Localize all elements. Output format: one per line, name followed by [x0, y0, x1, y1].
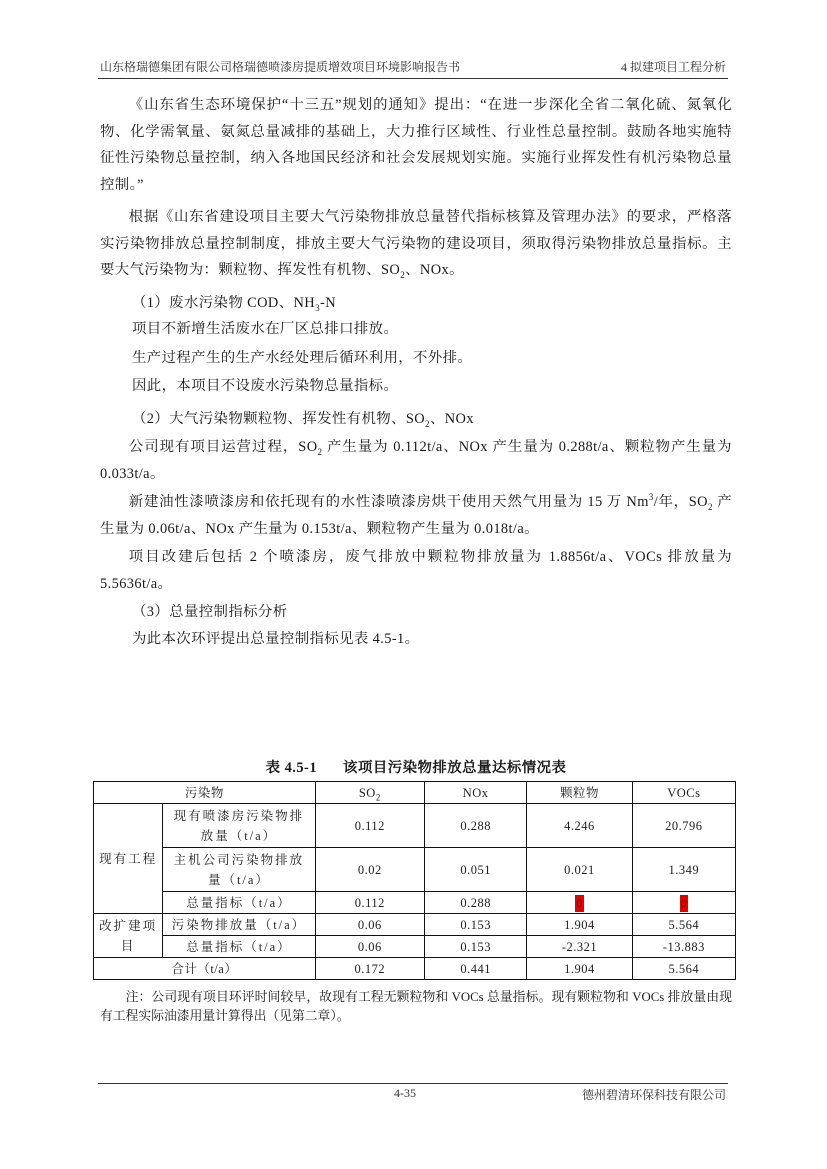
body-text: 《山东省生态环境保护“十三五”规划的通知》提出：“在进一步深化全省二氧化硫、氮氧… [100, 92, 732, 652]
cell-voc: 1.349 [632, 848, 735, 892]
line-table-reference: 为此本次环评提出总量控制指标见表 4.5-1。 [100, 626, 732, 653]
table-row: 现有工程 现有喷漆房污染物排放量（t/a） 0.112 0.288 4.246 … [94, 804, 736, 848]
table-caption: 表 4.5-1该项目污染物排放总量达标情况表 [100, 756, 732, 777]
row-label: 总量指标（t/a） [163, 892, 315, 914]
table-header-row: 污染物 SO2 NOx 颗粒物 VOCs [94, 782, 736, 804]
header-voc: VOCs [632, 782, 735, 804]
cell-pm: 0 [527, 892, 632, 914]
total-nox: 0.441 [425, 958, 527, 980]
total-voc: 5.564 [632, 958, 735, 980]
cell-so2: 0.112 [315, 892, 424, 914]
section-heading-wastewater: （1）废水污染物 COD、NH3-N [100, 290, 732, 317]
cell-nox: 0.288 [425, 804, 527, 848]
page-footer: 4-35 德州碧清环保科技有限公司 [98, 1086, 728, 1104]
header-pollutant: 污染物 [94, 782, 316, 804]
cell-voc: 0 [632, 892, 735, 914]
table-row: 主机公司污染物排放量（t/a） 0.02 0.051 0.021 1.349 [94, 848, 736, 892]
group-expansion: 改扩建项目 [94, 914, 163, 958]
header-so2: SO2 [315, 782, 424, 804]
row-label: 现有喷漆房污染物排放量（t/a） [163, 804, 315, 848]
paragraph-existing-emissions: 公司现有项目运营过程，SO2 产生量为 0.112t/a、NOx 产生量为 0.… [100, 434, 732, 487]
footer-company: 德州碧清环保科技有限公司 [582, 1086, 726, 1103]
table-note-text: 注：公司现有项目环评时间较早，故现有工程无颗粒物和 VOCs 总量指标。现有颗粒… [100, 988, 732, 1026]
paragraph-new-emissions: 新建油性漆喷漆房和依托现有的水性漆喷漆房烘干使用天然气用量为 15 万 Nm3/… [100, 489, 732, 542]
line-wastewater-3: 因此，本项目不设废水污染物总量指标。 [100, 373, 732, 400]
cell-nox: 0.051 [425, 848, 527, 892]
cell-nox: 0.288 [425, 892, 527, 914]
paragraph-policy: 《山东省生态环境保护“十三五”规划的通知》提出：“在进一步深化全省二氧化硫、氮氧… [100, 92, 732, 198]
header-pm: 颗粒物 [527, 782, 632, 804]
group-existing: 现有工程 [94, 804, 163, 914]
report-title: 山东格瑞德集团有限公司格瑞德喷漆房提质增效项目环境影响报告书 [100, 58, 460, 75]
row-label: 主机公司污染物排放量（t/a） [163, 848, 315, 892]
section-heading-air: （2）大气污染物颗粒物、挥发性有机物、SO2、NOx [100, 406, 732, 433]
cell-pm: 0.021 [527, 848, 632, 892]
cell-voc: 20.796 [632, 804, 735, 848]
page-header: 山东格瑞德集团有限公司格瑞德喷漆房提质增效项目环境影响报告书 4 拟建项目工程分… [98, 56, 728, 76]
cell-voc: -13.883 [632, 936, 735, 958]
table-number: 表 4.5-1 [266, 760, 317, 776]
chapter-title: 4 拟建项目工程分析 [621, 58, 726, 75]
line-wastewater-1: 项目不新增生活废水在厂区总排口排放。 [100, 316, 732, 343]
page-number: 4-35 [394, 1086, 416, 1101]
row-label: 总量指标（t/a） [163, 936, 315, 958]
cell-so2: 0.06 [315, 914, 424, 936]
total-so2: 0.172 [315, 958, 424, 980]
highlighted-value: 0 [575, 895, 584, 912]
cell-nox: 0.153 [425, 914, 527, 936]
row-label: 污染物排放量（t/a） [163, 914, 315, 936]
total-pm: 1.904 [527, 958, 632, 980]
cell-nox: 0.153 [425, 936, 527, 958]
cell-pm: -2.321 [527, 936, 632, 958]
cell-so2: 0.112 [315, 804, 424, 848]
table-row: 改扩建项目 污染物排放量（t/a） 0.06 0.153 1.904 5.564 [94, 914, 736, 936]
highlighted-value: 0 [680, 895, 689, 912]
table-total-row: 合计（t/a） 0.172 0.441 1.904 5.564 [94, 958, 736, 980]
header-nox: NOx [425, 782, 527, 804]
table-title: 该项目污染物排放总量达标情况表 [343, 760, 566, 776]
emission-total-table: 污染物 SO2 NOx 颗粒物 VOCs 现有工程 现有喷漆房污染物排放量（t/… [93, 781, 736, 980]
footer-divider [98, 1083, 728, 1084]
section-heading-total-control: （3）总量控制指标分析 [100, 599, 732, 626]
table-row: 总量指标（t/a） 0.06 0.153 -2.321 -13.883 [94, 936, 736, 958]
table-note: 注：公司现有项目环评时间较早，故现有工程无颗粒物和 VOCs 总量指标。现有颗粒… [100, 988, 732, 1026]
cell-so2: 0.02 [315, 848, 424, 892]
line-wastewater-2: 生产过程产生的生产水经处理后循环利用，不外排。 [100, 345, 732, 372]
paragraph-regulation: 根据《山东省建设项目主要大气污染物排放总量替代指标核算及管理办法》的要求，严格落… [100, 204, 732, 284]
cell-so2: 0.06 [315, 936, 424, 958]
paragraph-after-rebuild: 项目改建后包括 2 个喷漆房，废气排放中颗粒物排放量为 1.8856t/a、VO… [100, 544, 732, 597]
cell-pm: 4.246 [527, 804, 632, 848]
cell-pm: 1.904 [527, 914, 632, 936]
header-divider [98, 78, 728, 79]
total-label: 合计（t/a） [94, 958, 316, 980]
table-row: 总量指标（t/a） 0.112 0.288 0 0 [94, 892, 736, 914]
cell-voc: 5.564 [632, 914, 735, 936]
